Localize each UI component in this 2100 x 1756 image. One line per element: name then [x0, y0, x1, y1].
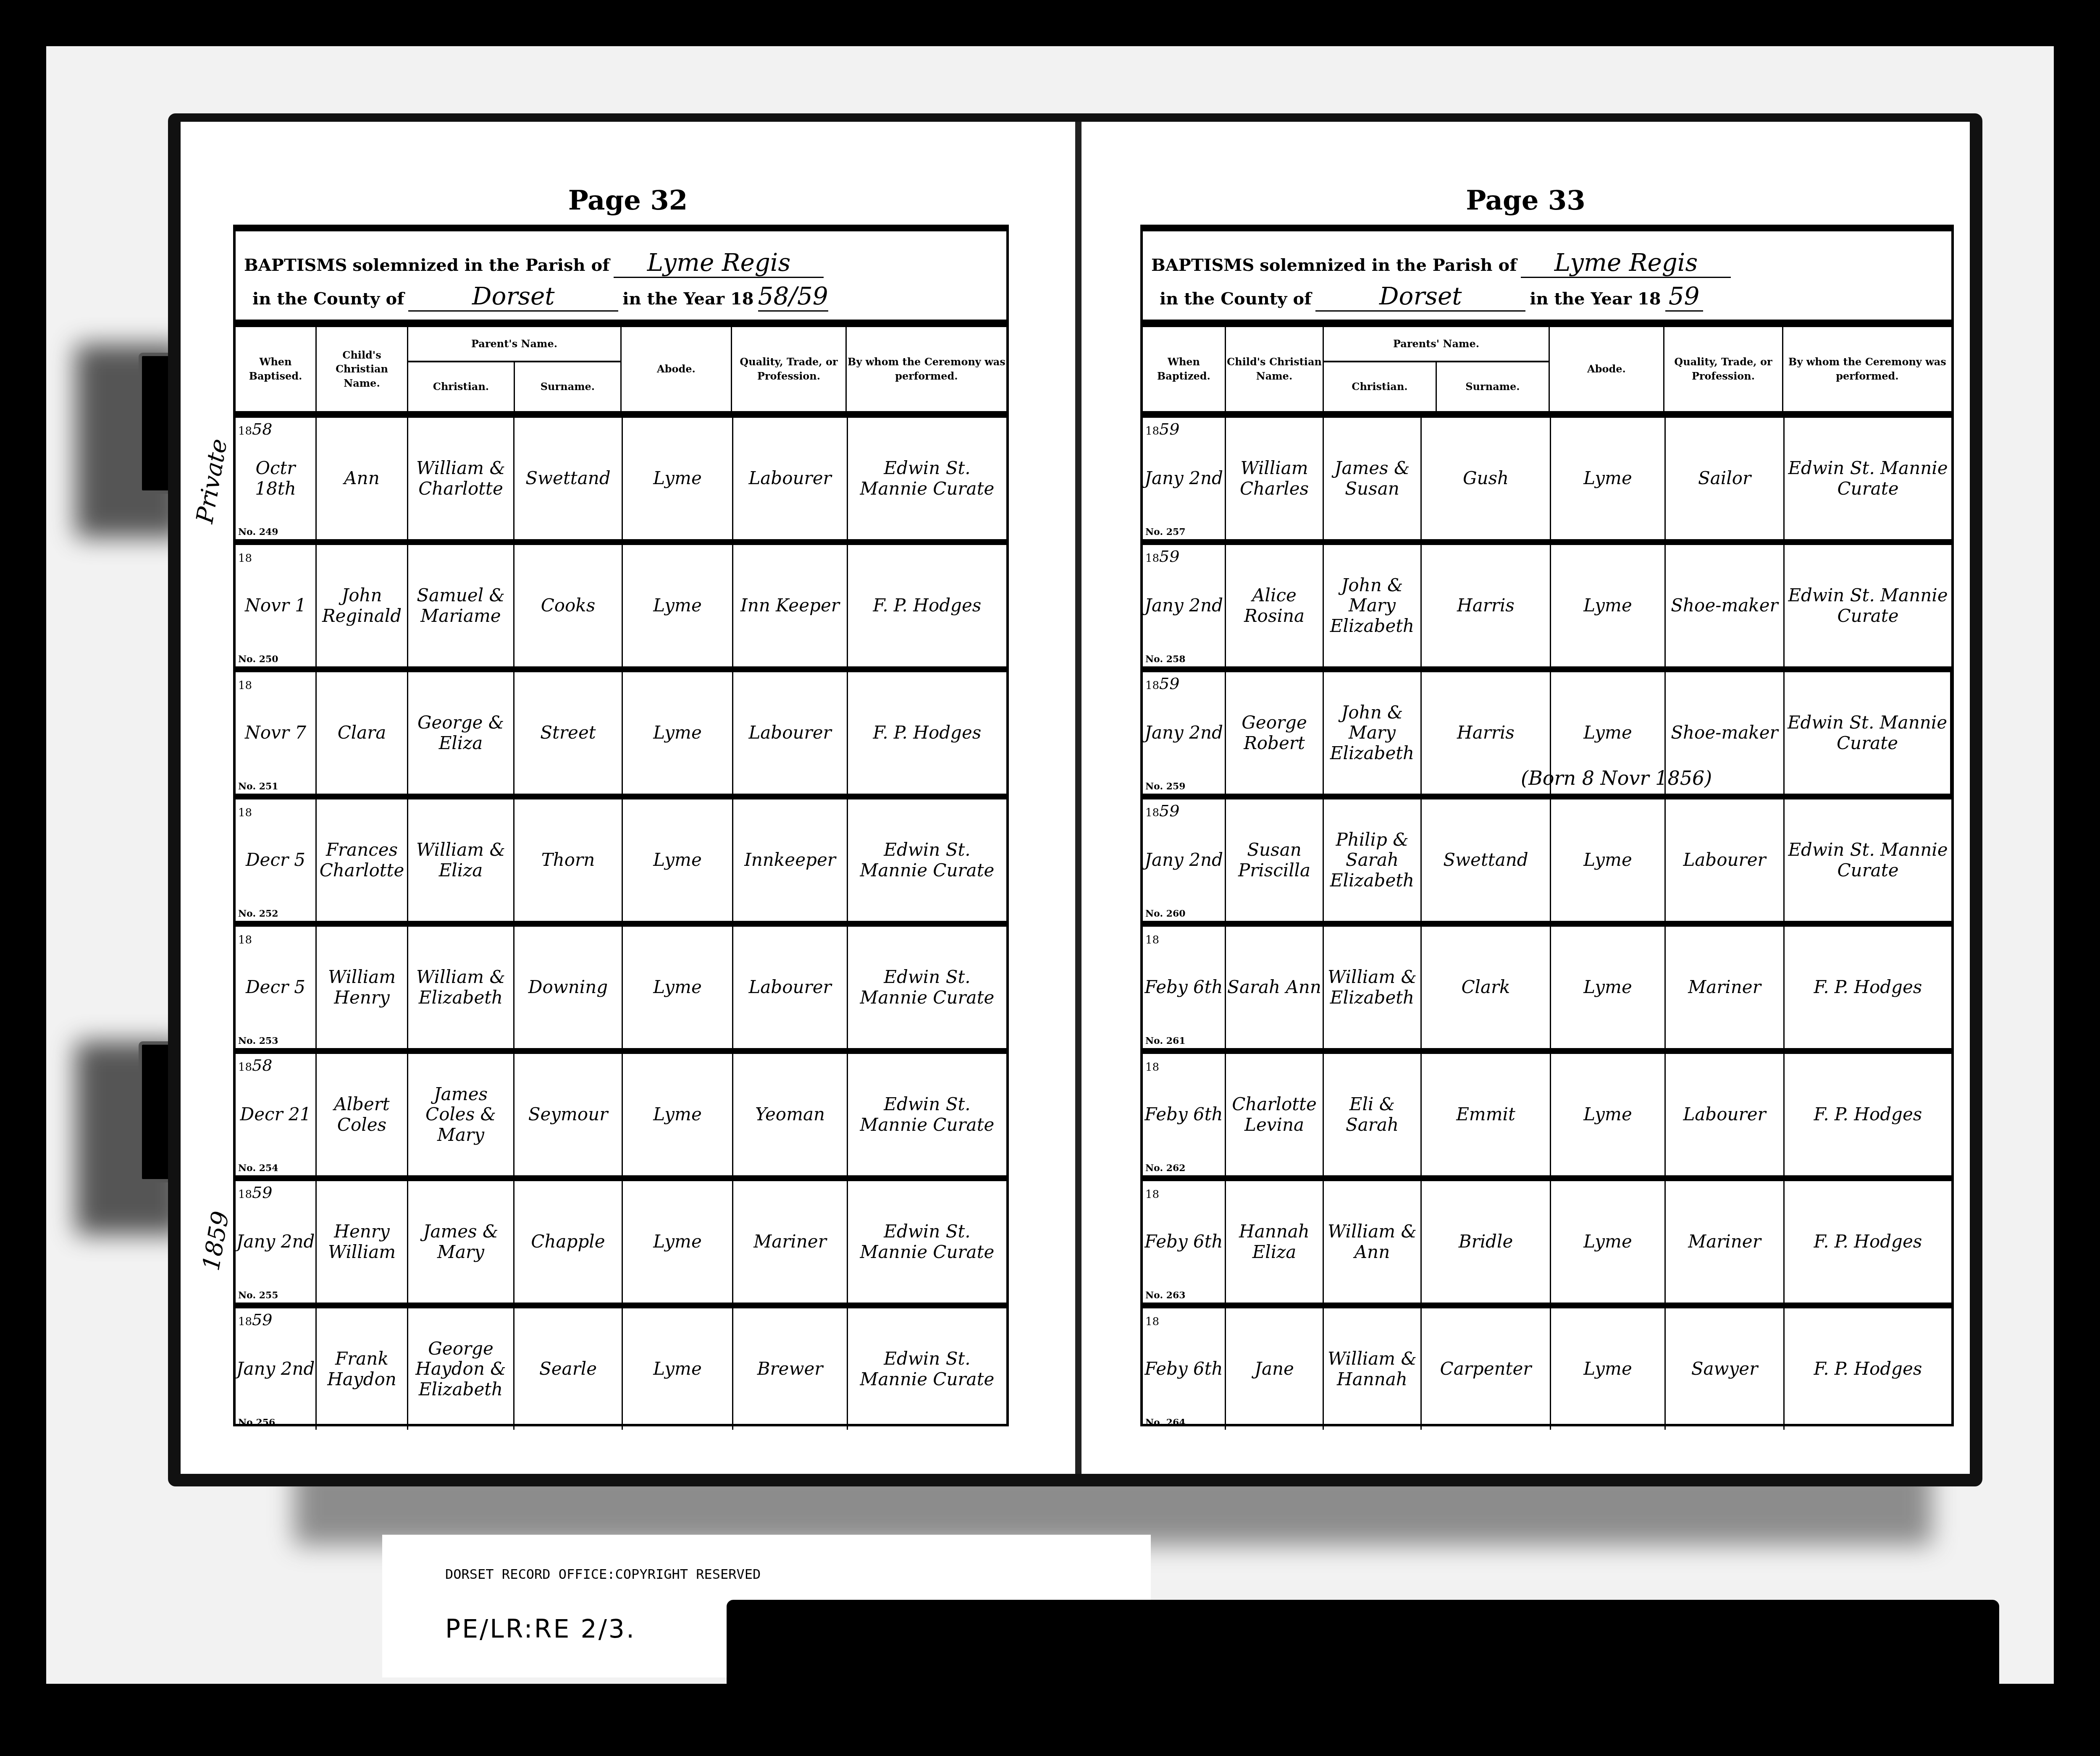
baptism-date: Jany 2nd — [1144, 850, 1223, 870]
baptism-date: Jany 2nd — [236, 1359, 315, 1379]
trade: Sailor — [1666, 418, 1785, 539]
child-name: George Robert — [1226, 672, 1324, 794]
child-name: Albert Coles — [317, 1054, 408, 1175]
surname: Street — [514, 672, 623, 794]
abode: Lyme — [623, 1181, 733, 1303]
table-row: 18Feby 6thNo. 263 Hannah Eliza William &… — [1143, 1181, 1951, 1308]
child-name: Charlotte Levina — [1226, 1054, 1324, 1175]
trade: Shoe-maker — [1666, 545, 1785, 666]
child-name: William Henry — [317, 927, 408, 1048]
entry-number: No. 264 — [1145, 1418, 1186, 1428]
baptism-date: Decr 5 — [246, 977, 305, 997]
surname: Bridle — [1422, 1181, 1551, 1303]
parents-christian: Philip & Sarah Elizabeth — [1324, 799, 1422, 921]
abode: Lyme — [1551, 1054, 1666, 1175]
register-book: Page 32 BAPTISMS solemnized in the Paris… — [168, 113, 1982, 1486]
entry-number: No. 262 — [1145, 1163, 1186, 1174]
child-name: Hannah Eliza — [1226, 1181, 1324, 1303]
copyright-notice: DORSET RECORD OFFICE:COPYRIGHT RESERVED — [445, 1566, 761, 1582]
page-32: Page 32 BAPTISMS solemnized in the Paris… — [181, 122, 1075, 1474]
header-year-label: in the Year 18 — [622, 289, 753, 309]
header-baptisms: BAPTISMS — [1151, 255, 1254, 275]
abode: Lyme — [1551, 799, 1666, 921]
entry-number: No. 261 — [1145, 1036, 1186, 1046]
baptism-date: Novr 7 — [245, 723, 306, 743]
col-parents-label: Parent's Name. — [408, 327, 620, 362]
entry-number: No. 259 — [1145, 781, 1186, 792]
officiant: F. P. Hodges — [1785, 927, 1951, 1048]
trade: Labourer — [1666, 1054, 1785, 1175]
baptism-date: Feby 6th — [1144, 1232, 1223, 1252]
header-year-label: in the Year 18 — [1530, 289, 1661, 309]
page-title: Page 32 — [181, 185, 1075, 216]
baptism-date: Novr 1 — [245, 595, 306, 616]
header-county-label: in the County of — [252, 289, 404, 309]
surname: Emmit — [1422, 1054, 1551, 1175]
officiant: F. P. Hodges — [1785, 1054, 1951, 1175]
entry-number: No. 254 — [238, 1163, 278, 1174]
archive-reference: PE/LR:RE 2/3. — [445, 1614, 636, 1644]
baptism-date: Jany 2nd — [236, 1232, 315, 1252]
officiant: Edwin St. Mannie Curate — [848, 799, 1006, 921]
trade: Labourer — [733, 927, 848, 1048]
child-name: Alice Rosina — [1226, 545, 1324, 666]
header-baptisms: BAPTISMS — [244, 255, 347, 275]
surname: Harris — [1422, 545, 1551, 666]
trade: Inn Keeper — [733, 545, 848, 666]
baptism-date: Jany 2nd — [1144, 595, 1223, 616]
trade: Mariner — [1666, 927, 1785, 1048]
officiant: Edwin St. Mannie Curate — [848, 1054, 1006, 1175]
child-name: William Charles — [1226, 418, 1324, 539]
child-name: Clara — [317, 672, 408, 794]
surname: Clark — [1422, 927, 1551, 1048]
child-name: Frances Charlotte — [317, 799, 408, 921]
abode: Lyme — [623, 799, 733, 921]
abode: Lyme — [1551, 418, 1666, 539]
year-field: 58/59 — [758, 282, 828, 312]
parents-christian: William & Elizabeth — [408, 927, 514, 1048]
baptism-register-table: BAPTISMS solemnized in the Parish ofLyme… — [1140, 225, 1954, 1426]
officiant: Edwin St. Mannie Curate — [848, 418, 1006, 539]
parents-christian: John & Mary Elizabeth — [1324, 672, 1422, 794]
header-county-label: in the County of — [1160, 289, 1311, 309]
surname: Swettand — [514, 418, 623, 539]
parents-christian: William & Hannah — [1324, 1308, 1422, 1430]
col-christian: Christian. — [408, 362, 515, 411]
table-row: 1858Octr 18thNo. 249 Ann William & Charl… — [236, 418, 1006, 545]
abode: Lyme — [623, 1054, 733, 1175]
surname: Gush — [1422, 418, 1551, 539]
table-row: 1859Jany 2ndNo. 257 William Charles Jame… — [1143, 418, 1951, 545]
parents-christian: James & Mary — [408, 1181, 514, 1303]
child-name: Jane — [1226, 1308, 1324, 1430]
abode: Lyme — [623, 1308, 733, 1430]
parents-christian: Samuel & Mariame — [408, 545, 514, 666]
parents-christian: William & Ann — [1324, 1181, 1422, 1303]
abode: Lyme — [623, 545, 733, 666]
page-33: Page 33 BAPTISMS solemnized in the Paris… — [1081, 122, 1970, 1474]
trade: Brewer — [733, 1308, 848, 1430]
book-gutter — [1075, 122, 1081, 1474]
trade: Labourer — [733, 418, 848, 539]
entry-number: No. 258 — [1145, 654, 1186, 665]
entry-number: No. 252 — [238, 909, 278, 919]
col-by-whom: By whom the Ceremony was performed. — [847, 327, 1006, 411]
parents-christian: William & Charlotte — [408, 418, 514, 539]
entry-number: No 256 — [238, 1418, 275, 1428]
trade: Mariner — [733, 1181, 848, 1303]
table-row: 1859Jany 2ndNo. 258 Alice Rosina John & … — [1143, 545, 1951, 672]
baptism-date: Decr 5 — [246, 850, 305, 870]
baptism-date: Decr 21 — [240, 1104, 311, 1124]
surname: Chapple — [514, 1181, 623, 1303]
trade: Labourer — [733, 672, 848, 794]
entry-number: No. 263 — [1145, 1290, 1186, 1301]
entries: 1859Jany 2ndNo. 257 William Charles Jame… — [1143, 418, 1951, 1430]
child-name: Sarah Ann — [1226, 927, 1324, 1048]
table-row: 18Feby 6thNo. 264 Jane William & Hannah … — [1143, 1308, 1951, 1430]
surname: Seymour — [514, 1054, 623, 1175]
parents-christian: George & Eliza — [408, 672, 514, 794]
surname: Swettand — [1422, 799, 1551, 921]
officiant: Edwin St. Mannie Curate — [1785, 545, 1951, 666]
trade: Sawyer — [1666, 1308, 1785, 1430]
col-christian: Christian. — [1324, 362, 1437, 411]
parents-christian: George Haydon & Elizabeth — [408, 1308, 514, 1430]
baptism-register-table: BAPTISMS solemnized in the Parish ofLyme… — [233, 225, 1009, 1426]
header-text: solemnized in the Parish of — [352, 255, 609, 275]
entries: 1858Octr 18thNo. 249 Ann William & Charl… — [236, 418, 1006, 1430]
entry-number: No. 257 — [1145, 527, 1186, 537]
parents-christian: William & Eliza — [408, 799, 514, 921]
officiant: F. P. Hodges — [848, 545, 1006, 666]
officiant: Edwin St. Mannie Curate — [1785, 672, 1951, 794]
table-row: 1859Jany 2ndNo 256 Frank Haydon George H… — [236, 1308, 1006, 1430]
col-when: When Baptised. — [236, 327, 317, 411]
county-field: Dorset — [408, 282, 618, 312]
col-when: When Baptized. — [1143, 327, 1226, 411]
entry-number: No. 251 — [238, 781, 278, 792]
trade: Yeoman — [733, 1054, 848, 1175]
officiant: F. P. Hodges — [848, 672, 1006, 794]
surname: Carpenter — [1422, 1308, 1551, 1430]
parents-christian: William & Elizabeth — [1324, 927, 1422, 1048]
parents-christian: James & Susan — [1324, 418, 1422, 539]
header-text: solemnized in the Parish of — [1260, 255, 1517, 275]
entry-number: No. 249 — [238, 527, 278, 537]
parish-field: Lyme Regis — [1521, 248, 1731, 278]
column-headers: When Baptized. Child's Christian Name. P… — [1143, 327, 1951, 418]
surname: Searle — [514, 1308, 623, 1430]
table-row: 18Decr 5No. 253 William Henry William & … — [236, 927, 1006, 1054]
table-row: 18Decr 5No. 252 Frances Charlotte Willia… — [236, 799, 1006, 927]
parents-christian: James Coles & Mary — [408, 1054, 514, 1175]
baptism-date: Feby 6th — [1144, 1104, 1223, 1124]
abode: Lyme — [623, 927, 733, 1048]
parents-christian: John & Mary Elizabeth — [1324, 545, 1422, 666]
col-child: Child's Christian Name. — [317, 327, 408, 411]
col-parents-label: Parents' Name. — [1324, 327, 1549, 362]
abode: Lyme — [623, 418, 733, 539]
trade: Innkeeper — [733, 799, 848, 921]
entry-number: No. 255 — [238, 1290, 278, 1301]
baptism-date: Jany 2nd — [1144, 468, 1223, 488]
table-row: 18Novr 1No. 250 John Reginald Samuel & M… — [236, 545, 1006, 672]
child-name: Henry William — [317, 1181, 408, 1303]
trade: Mariner — [1666, 1181, 1785, 1303]
register-header: BAPTISMS solemnized in the Parish ofLyme… — [236, 231, 1006, 327]
officiant: F. P. Hodges — [1785, 1308, 1951, 1430]
baptism-date: Jany 2nd — [1144, 723, 1223, 743]
abode: Lyme — [623, 672, 733, 794]
col-child: Child's Christian Name. — [1226, 327, 1324, 411]
officiant: Edwin St. Mannie Curate — [1785, 799, 1951, 921]
surname: Thorn — [514, 799, 623, 921]
parish-field: Lyme Regis — [614, 248, 824, 278]
abode: Lyme — [1551, 545, 1666, 666]
column-headers: When Baptised. Child's Christian Name. P… — [236, 327, 1006, 418]
trade: Labourer — [1666, 799, 1785, 921]
table-row: 18Feby 6thNo. 261 Sarah Ann William & El… — [1143, 927, 1951, 1054]
entry-number: No. 260 — [1145, 909, 1186, 919]
officiant: Edwin St. Mannie Curate — [848, 927, 1006, 1048]
col-trade: Quality, Trade, or Profession. — [1664, 327, 1783, 411]
col-surname: Surname. — [1437, 362, 1549, 411]
surname: Cooks — [514, 545, 623, 666]
col-abode: Abode. — [1550, 327, 1664, 411]
child-name: Ann — [317, 418, 408, 539]
baptism-date: Feby 6th — [1144, 977, 1223, 997]
entry-number: No. 250 — [238, 654, 278, 665]
table-row: 1859Jany 2ndNo. 260 Susan Priscilla Phil… — [1143, 799, 1951, 927]
table-row: 1859Jany 2ndNo. 255 Henry William James … — [236, 1181, 1006, 1308]
entry-number: No. 253 — [238, 1036, 278, 1046]
table-row: 18Feby 6thNo. 262 Charlotte Levina Eli &… — [1143, 1054, 1951, 1181]
redaction-bar — [727, 1600, 1999, 1692]
col-abode: Abode. — [622, 327, 732, 411]
officiant: Edwin St. Mannie Curate — [848, 1308, 1006, 1430]
col-parents: Parent's Name. Christian.Surname. — [408, 327, 622, 411]
child-name: Susan Priscilla — [1226, 799, 1324, 921]
page-title: Page 33 — [1081, 185, 1970, 216]
col-surname: Surname. — [515, 362, 620, 411]
abode: Lyme — [1551, 1181, 1666, 1303]
county-field: Dorset — [1315, 282, 1525, 312]
abode: Lyme — [1551, 1308, 1666, 1430]
child-name: John Reginald — [317, 545, 408, 666]
col-trade: Quality, Trade, or Profession. — [732, 327, 847, 411]
officiant: F. P. Hodges — [1785, 1181, 1951, 1303]
surname: Downing — [514, 927, 623, 1048]
child-name: Frank Haydon — [317, 1308, 408, 1430]
abode: Lyme — [1551, 927, 1666, 1048]
table-row: 18Novr 7No. 251 Clara George & Eliza Str… — [236, 672, 1006, 799]
parents-christian: Eli & Sarah — [1324, 1054, 1422, 1175]
year-field: 59 — [1665, 282, 1703, 312]
officiant: Edwin St. Mannie Curate — [848, 1181, 1006, 1303]
officiant: Edwin St. Mannie Curate — [1785, 418, 1951, 539]
col-parents: Parents' Name. Christian.Surname. — [1324, 327, 1550, 411]
table-row: 1858Decr 21No. 254 Albert Coles James Co… — [236, 1054, 1006, 1181]
birth-note: (Born 8 Novr 1856) — [1521, 767, 1712, 789]
register-header: BAPTISMS solemnized in the Parish ofLyme… — [1143, 231, 1951, 327]
baptism-date: Feby 6th — [1144, 1359, 1223, 1379]
table-row: 1859Jany 2ndNo. 259 George Robert John &… — [1143, 672, 1951, 799]
col-by-whom: By whom the Ceremony was performed. — [1783, 327, 1951, 411]
baptism-date: Octr 18th — [236, 458, 315, 499]
